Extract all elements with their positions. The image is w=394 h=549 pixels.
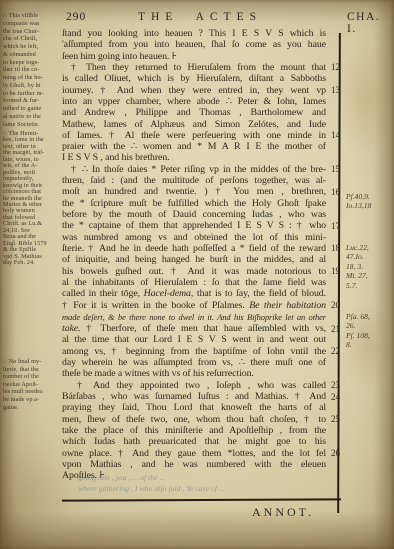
scripture-reference: Pſ.40,9. Io.13,18 bbox=[346, 192, 392, 211]
body-line: moſt an hundred and twentie. ) † You men… bbox=[62, 186, 340, 197]
body-line: was numbred among vs and obteined the lo… bbox=[62, 232, 340, 243]
body-line: ſtand you looking into heauen ? This I E… bbox=[62, 28, 340, 39]
running-title: THE ACTES bbox=[70, 11, 330, 23]
body-line: † For it is written in the booke of Pſal… bbox=[62, 300, 340, 311]
main-text-column: ſtand you looking into heauen ? This I E… bbox=[62, 28, 340, 482]
body-line: ſterie. † And he in deede hath poſſeſſed… bbox=[62, 243, 340, 254]
body-line: al the inhabitants of Hieruſalem : ſo th… bbox=[62, 277, 340, 288]
body-line: before by the mouth of Dauid concerning … bbox=[62, 209, 340, 220]
body-line: vpon Mathias , and he was numbered with … bbox=[62, 459, 340, 470]
paper-stain bbox=[60, 505, 360, 549]
body-line: take. † Therfore, of theſe men that haue… bbox=[62, 323, 340, 334]
body-line: made deſert, & be there none to dwel in … bbox=[62, 311, 340, 323]
footer-rule bbox=[62, 498, 341, 502]
body-line: al the time that our Lord I E S V S went… bbox=[62, 334, 340, 345]
body-line: of Iames. † Al theſe were perſeuering wi… bbox=[62, 130, 340, 141]
body-line: Bárſabas , who was ſurnamed Iuſtus : and… bbox=[62, 391, 340, 402]
margin-annotation: ∴ The Hereti- kes, ſome in the text, oth… bbox=[3, 131, 60, 267]
body-line: owne place. † And they gaue them *lottes… bbox=[62, 448, 340, 459]
body-line: of iniquitie, and being hanged he burſt … bbox=[62, 254, 340, 265]
body-line: among vs, † beginning from the baptiſme … bbox=[62, 346, 340, 357]
bleed-through-line: where gathering , I who alſo ſaid , Ye c… bbox=[78, 484, 336, 495]
body-line: and Andrew , Philippe and Thomas , Barth… bbox=[62, 107, 340, 118]
body-line: praying they ſaid, Thou Lord that knoweſ… bbox=[62, 402, 340, 413]
margin-annotation: ∴ This viſible companie was the true Chu… bbox=[3, 12, 60, 128]
body-line: day wherein he was aſſumpted from vs, ∴ … bbox=[62, 357, 340, 368]
body-line: † And they appointed two , Ioſeph , who … bbox=[62, 380, 340, 391]
paper-stain bbox=[336, 40, 394, 160]
scripture-reference: Pſa. 68, 26. Pſ. 108, 8. bbox=[346, 312, 392, 350]
body-line: praier with the ∴ women and * M A R I E … bbox=[62, 141, 340, 152]
body-line: † ∴ In thoſe daies * Peter riſing vp in … bbox=[62, 164, 340, 175]
book-page: 290 THE ACTES CHA. I. ∴ This viſible com… bbox=[0, 0, 394, 549]
body-line: Apoſtles. ⊦ bbox=[62, 470, 340, 481]
body-line: into an vpper chamber, where abode ∴ Pet… bbox=[62, 96, 340, 107]
body-line: iourney. † And when they were entred in,… bbox=[62, 85, 340, 96]
body-line: theſe be made a witnes with vs of his re… bbox=[62, 368, 340, 379]
body-line: ſeen him going into heauen. ⊦ bbox=[62, 51, 340, 62]
paper-stain bbox=[0, 440, 70, 549]
scripture-reference: Luc.22, 47.Io. 18, 3. Mt. 27, 5.7. bbox=[346, 243, 392, 290]
body-line: which Iudas hath preuaricated that he mi… bbox=[62, 436, 340, 447]
body-line: Mathew, Iames of Alphæus and Simon Zelót… bbox=[62, 119, 340, 130]
body-line: take the place of this miniſterie and Ap… bbox=[62, 425, 340, 436]
body-line: his bowels guſhed out. † And it was made… bbox=[62, 266, 340, 277]
body-line: I E S V S , and his brethren. bbox=[62, 152, 340, 163]
body-line: 'aſſumpted from you into heauen, ſhal ſo… bbox=[62, 39, 340, 50]
body-line: the * ſcripture muſt be fulfilled which … bbox=[62, 198, 340, 209]
margin-annotation: ∴ No ſmal my- ſterie, that the number of… bbox=[3, 358, 60, 411]
body-line: thren, ſaid : (and the multitude of perſ… bbox=[62, 175, 340, 186]
body-line: † Then they returned to Hieruſalem from … bbox=[62, 62, 340, 73]
body-line: called in their tōge, Hacel-dema, that i… bbox=[62, 288, 340, 299]
body-line: the * captaine of them that apprehended … bbox=[62, 220, 340, 231]
column-rule bbox=[337, 33, 341, 513]
catchword: ANNOT. bbox=[252, 505, 314, 520]
body-line: is called Oliuet, which is by Hieruſalem… bbox=[62, 73, 340, 84]
chapter-heading: CHA. I. bbox=[347, 11, 394, 35]
body-line: men, ſhew of theſe two, one, whom thou h… bbox=[62, 414, 340, 425]
